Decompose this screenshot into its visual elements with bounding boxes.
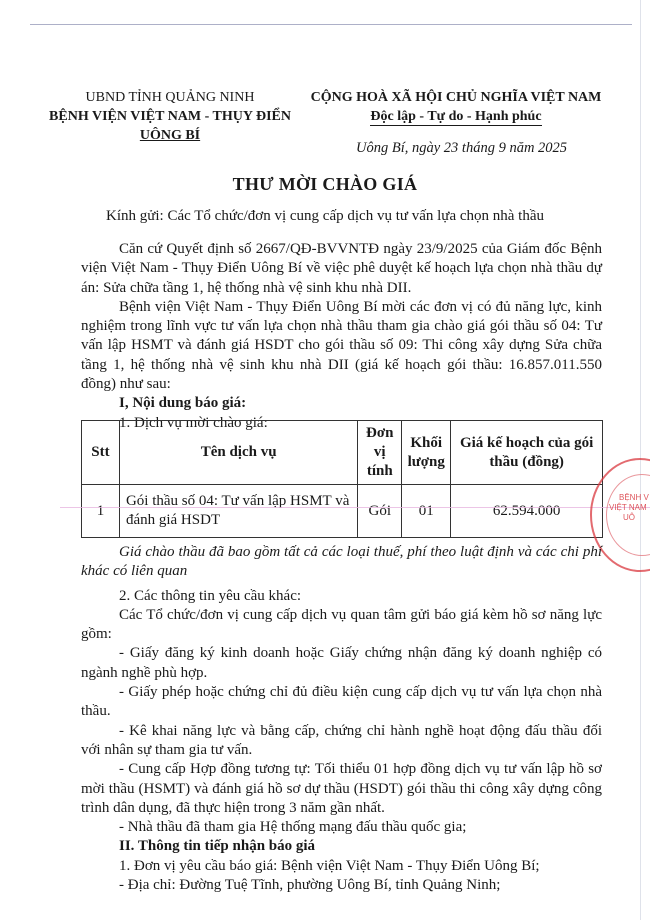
greeting: Kính gửi: Các Tổ chức/đơn vị cung cấp dị… bbox=[0, 208, 650, 225]
cell-service-name: Gói thầu số 04: Tư vấn lập HSMT và đánh … bbox=[119, 485, 357, 538]
requirement-item: - Nhà thầu đã tham gia Hệ thống mạng đấu… bbox=[81, 818, 602, 837]
table-row: 1 Gói thầu số 04: Tư vấn lập HSMT và đán… bbox=[82, 485, 603, 538]
col-unit: Đơn vị tính bbox=[358, 421, 402, 485]
section-1-heading: I, Nội dung báo giá: bbox=[81, 394, 602, 413]
address: - Địa chỉ: Đường Tuệ Tĩnh, phường Uông B… bbox=[81, 876, 602, 895]
document-date: Uông Bí, ngày 23 tháng 9 năm 2025 bbox=[356, 140, 567, 157]
requirements-intro: Các Tổ chức/đơn vị cung cấp dịch vụ quan… bbox=[81, 606, 602, 645]
scan-artifact-line bbox=[60, 507, 650, 508]
col-service-name: Tên dịch vụ bbox=[119, 421, 357, 485]
service-table: Stt Tên dịch vụ Đơn vị tính Khối lượng G… bbox=[81, 420, 603, 538]
cell-stt: 1 bbox=[82, 485, 120, 538]
requirement-item: - Kê khai năng lực và bằng cấp, chứng ch… bbox=[81, 722, 602, 761]
cell-planned-price: 62.594.000 bbox=[451, 485, 603, 538]
invite-paragraph: Bệnh viện Việt Nam - Thụy Điển Uông Bí m… bbox=[81, 298, 602, 394]
table-header-row: Stt Tên dịch vụ Đơn vị tính Khối lượng G… bbox=[82, 421, 603, 485]
basis-paragraph: Căn cứ Quyết định số 2667/QĐ-BVVNTĐ ngày… bbox=[81, 240, 602, 298]
requirement-item: - Giấy phép hoặc chứng chỉ đủ điều kiện … bbox=[81, 683, 602, 722]
section-2-heading: II. Thông tin tiếp nhận báo giá bbox=[81, 837, 602, 856]
col-quantity: Khối lượng bbox=[402, 421, 451, 485]
red-seal-text: BỆNH V VIỆT NAM UÔ bbox=[601, 493, 649, 523]
national-motto: Độc lập - Tự do - Hạnh phúc bbox=[306, 107, 606, 126]
requirements-body: Giá chào thầu đã bao gồm tất cả các loại… bbox=[81, 543, 602, 895]
issuer-name: BỆNH VIỆN VIỆT NAM - THỤY ĐIỂN bbox=[30, 107, 310, 126]
price-note: Giá chào thầu đã bao gồm tất cả các loại… bbox=[81, 543, 602, 582]
national-title: CỘNG HOÀ XÃ HỘI CHỦ NGHĨA VIỆT NAM bbox=[306, 88, 606, 107]
col-stt: Stt bbox=[82, 421, 120, 485]
issuer-authority: UBND TỈNH QUẢNG NINH bbox=[30, 88, 310, 107]
national-header: CỘNG HOÀ XÃ HỘI CHỦ NGHĨA VIỆT NAM Độc l… bbox=[306, 88, 606, 126]
cell-unit: Gói bbox=[358, 485, 402, 538]
requesting-unit: 1. Đơn vị yêu cầu báo giá: Bệnh viện Việ… bbox=[81, 857, 602, 876]
col-planned-price: Giá kế hoạch của gói thầu (đồng) bbox=[451, 421, 603, 485]
section-2-subheading: 2. Các thông tin yêu cầu khác: bbox=[81, 587, 602, 606]
issuer-location: UÔNG BÍ bbox=[30, 126, 310, 145]
intro-body: Căn cứ Quyết định số 2667/QĐ-BVVNTĐ ngày… bbox=[81, 240, 602, 433]
issuer-header: UBND TỈNH QUẢNG NINH BỆNH VIỆN VIỆT NAM … bbox=[30, 88, 310, 145]
cell-quantity: 01 bbox=[402, 485, 451, 538]
requirement-item: - Cung cấp Hợp đồng tương tự: Tối thiểu … bbox=[81, 760, 602, 818]
requirement-item: - Giấy đăng ký kinh doanh hoặc Giấy chứn… bbox=[81, 644, 602, 683]
scan-artifact-line bbox=[30, 24, 632, 25]
document-title: THƯ MỜI CHÀO GIÁ bbox=[0, 174, 650, 195]
